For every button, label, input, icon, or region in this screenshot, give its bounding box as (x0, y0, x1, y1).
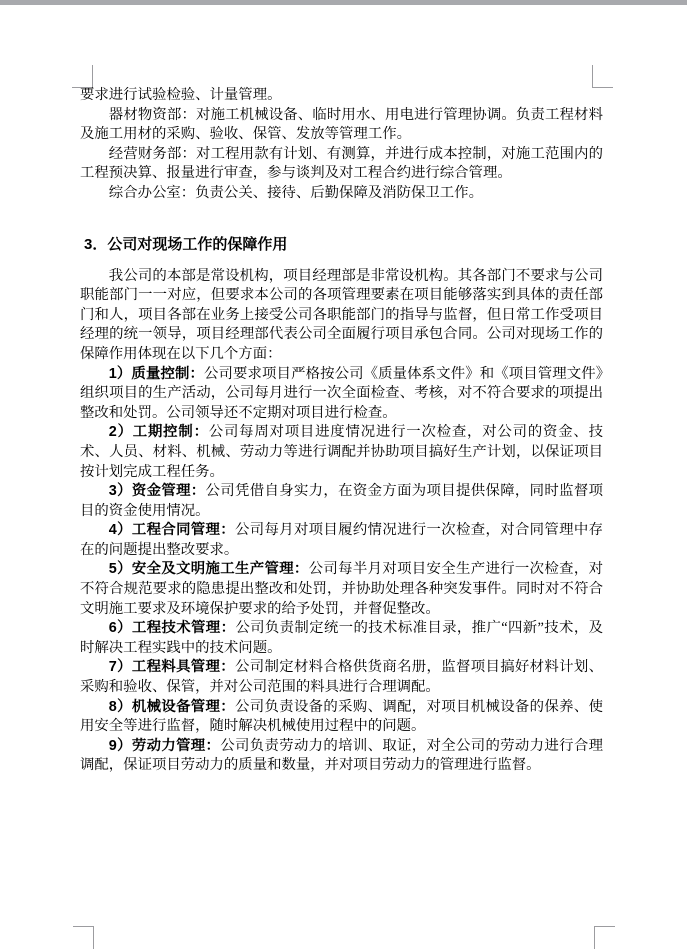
list-item-safety-management: 5）安全及文明施工生产管理：公司每半月对项目安全生产进行一次检查，对不符合规范要… (80, 560, 603, 619)
margin-crop-mark-bottom-right (594, 926, 615, 949)
section-heading: 3．公司对现场工作的保障作用 (80, 234, 603, 256)
margin-crop-mark-top-left (72, 65, 93, 88)
list-item-label: 4）工程合同管理： (109, 522, 235, 538)
list-item-quality-control: 1）质量控制：公司要求项目严格按公司《质量体系文件》和《项目管理文件》组织项目的… (80, 365, 603, 424)
margin-crop-mark-bottom-left (73, 926, 94, 949)
list-item-funds-management: 3）资金管理：公司凭借自身实力，在资金方面为项目提供保障，同时监督项目的资金使用… (80, 482, 603, 521)
document-page: 要求进行试验检验、计量管理。 器材物资部：对施工机械设备、临时用水、用电进行管理… (0, 0, 687, 949)
list-item-label: 6）工程技术管理： (109, 620, 236, 636)
list-item-label: 7）工程料具管理： (109, 659, 235, 675)
list-item-label: 9）劳动力管理： (109, 738, 220, 754)
list-item-label: 5）安全及文明施工生产管理： (109, 561, 309, 577)
paragraph-general-office: 综合办公室：负责公关、接待、后勤保障及消防保卫工作。 (80, 184, 603, 204)
list-item-label: 1）质量控制： (109, 366, 204, 382)
list-item-label: 3）资金管理： (109, 483, 206, 499)
list-item-technology-management: 6）工程技术管理：公司负责制定统一的技术标准目录，推广“四新”技术，及时解决工程… (80, 619, 603, 658)
list-item-material-tools-management: 7）工程料具管理：公司制定材料合格供货商名册，监督项目搞好材料计划、采购和验收、… (80, 658, 603, 697)
paragraph-intro: 我公司的本部是常设机构，项目经理部是非常设机构。其各部门不要求与公司职能部门一一… (80, 267, 603, 365)
list-item-label: 2）工期控制： (109, 424, 209, 440)
text-area: 要求进行试验检验、计量管理。 器材物资部：对施工机械设备、临时用水、用电进行管理… (80, 86, 603, 776)
list-item-label: 8）机械设备管理： (109, 699, 235, 715)
list-item-contract-management: 4）工程合同管理：公司每月对项目履约情况进行一次检查，对合同管理中存在的问题提出… (80, 521, 603, 560)
list-item-labor-management: 9）劳动力管理：公司负责劳动力的培训、取证，对全公司的劳动力进行合理调配，保证项… (80, 737, 603, 776)
paragraph-finance-dept: 经营财务部：对工程用款有计划、有测算，并进行成本控制，对施工范围内的工程预决算、… (80, 145, 603, 184)
list-item-equipment-management: 8）机械设备管理：公司负责设备的采购、调配，对项目机械设备的保养、使用安全等进行… (80, 698, 603, 737)
list-item-schedule-control: 2）工期控制：公司每周对项目进度情况进行一次检查，对公司的资金、技术、人员、材料… (80, 423, 603, 482)
paragraph-continuation: 要求进行试验检验、计量管理。 (80, 86, 603, 106)
margin-crop-mark-top-right (592, 65, 613, 88)
page-top-edge-bar (0, 0, 687, 5)
paragraph-materials-dept: 器材物资部：对施工机械设备、临时用水、用电进行管理协调。负责工程材料及施工用材的… (80, 106, 603, 145)
